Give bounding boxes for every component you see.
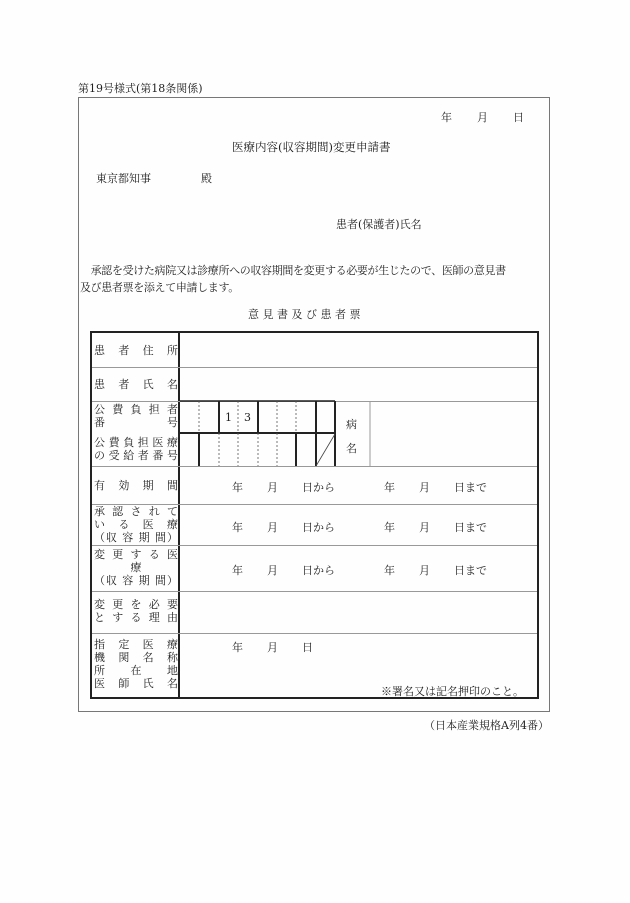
- signature-note: ※署名又は記名押印のこと。: [381, 683, 524, 699]
- applicant-name-label: 患者(保護者)氏名: [336, 216, 422, 232]
- label-reason: 変 更 を 必 要と す る 理 由: [94, 598, 178, 624]
- date-year: 年: [441, 109, 452, 125]
- applicant-name-field[interactable]: [432, 212, 542, 230]
- label-approved-treatment: 承 認 さ れ てい る 医 療（収 容 期 間）: [94, 505, 178, 544]
- payer-digit-3[interactable]: 1: [225, 411, 232, 424]
- payer-digit-4[interactable]: 3: [244, 411, 251, 424]
- date-month: 月: [477, 109, 488, 125]
- body-text-line1: 承認を受けた病院又は診療所への収容期間を変更する必要が生じたので、医師の意見書: [80, 262, 506, 278]
- label-disease-name: 病 名: [346, 413, 357, 461]
- page-title: 医療内容(収容期間)変更申請書: [232, 139, 390, 155]
- form-number: 第19号様式(第18条関係): [78, 80, 203, 96]
- disease-name-field[interactable]: [372, 401, 537, 466]
- body-text-line2: 及び患者票を添えて申請します。: [80, 279, 239, 295]
- addressee-honorific: 殿: [201, 170, 212, 186]
- addressee-name: 東京都知事: [96, 170, 151, 186]
- reason-field[interactable]: [180, 591, 537, 633]
- application-table: 患 者 住 所 患 者 氏 名 公 費 負 担 者番 号 公費負担医療の受給者番…: [90, 331, 539, 699]
- footer-paper-size: （日本産業規格A列4番）: [424, 717, 549, 733]
- section-title: 意 見 書 及 び 患 者 票: [248, 306, 360, 322]
- date-day: 日: [513, 109, 524, 125]
- label-changed-treatment: 変 更 す る 医療（収 容 期 間）: [94, 548, 178, 587]
- medical-institution-field[interactable]: [180, 653, 537, 681]
- label-validity-period: 有 効 期 間: [94, 479, 178, 492]
- label-medical-institution: 指 定 医 療機 関 名 称所 在 地医 師 氏 名: [94, 638, 178, 690]
